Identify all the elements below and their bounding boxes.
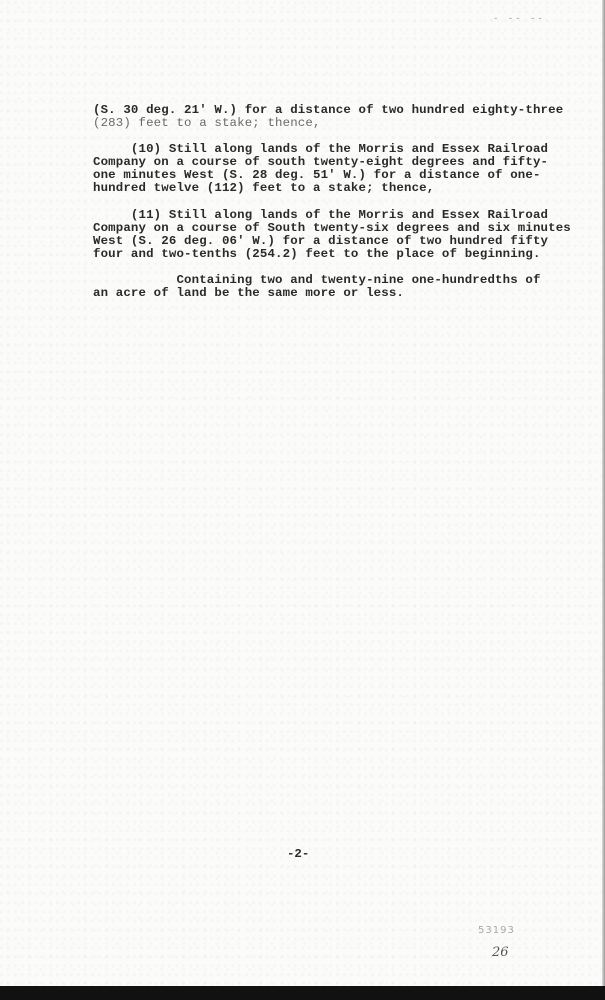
text-line-6: hundred twelve (112) feet to a stake; th… [93, 182, 434, 195]
document-page: - -- -- (S. 30 deg. 21' W.) for a distan… [0, 0, 605, 1000]
page-number: -2- [287, 847, 309, 861]
scan-bottom-border [0, 986, 605, 1000]
text-line-12: an acre of land be the same more or less… [93, 287, 404, 300]
text-line-10: four and two-tenths (254.2) feet to the … [93, 248, 541, 261]
top-margin-marks: - -- -- [493, 14, 545, 24]
faint-stamp-number: 53193 [478, 925, 515, 936]
text-line-2: (283) feet to a stake; thence, [93, 117, 321, 130]
handwritten-note: 26 [492, 945, 509, 960]
